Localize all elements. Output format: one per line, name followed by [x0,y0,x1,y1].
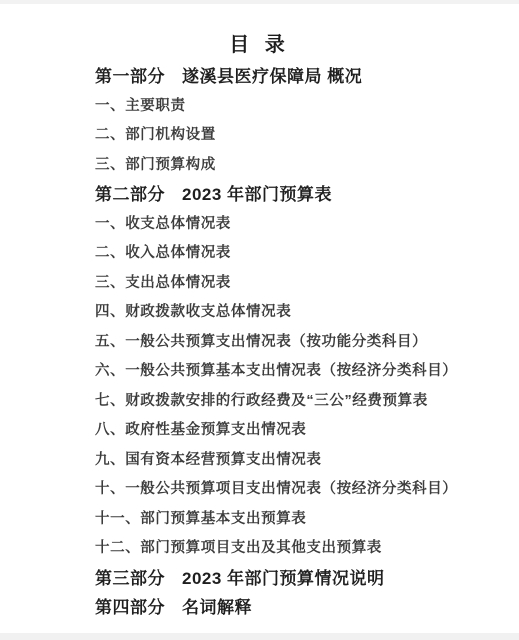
toc-item: 二、部门机构设置 [95,119,509,149]
toc-item: 十二、部门预算项目支出及其他支出预算表 [95,532,509,562]
toc-item: 三、支出总体情况表 [95,267,509,297]
toc-item: 十一、部门预算基本支出预算表 [95,503,509,533]
toc-page: 目 录 第一部分遂溪县医疗保障局 概况一、主要职责二、部门机构设置三、部门预算构… [0,4,519,633]
entry-text: 遂溪县医疗保障局 概况 [182,62,362,87]
toc-item: 九、国有资本经营预算支出情况表 [95,444,509,474]
entry-text: 十、一般公共预算项目支出情况表（按经济分类科目） [95,477,457,498]
entry-text: 五、一般公共预算支出情况表（按功能分类科目） [95,330,427,351]
entry-text: 二、收入总体情况表 [95,241,231,262]
entry-text: 三、部门预算构成 [95,153,216,174]
toc-item: 三、部门预算构成 [95,149,509,179]
entry-text: 七、财政拨款安排的行政经费及“三公”经费预算表 [95,389,428,410]
entry-text: 九、国有资本经营预算支出情况表 [95,448,322,469]
entry-text: 2023 年部门预算表 [182,180,332,205]
entry-text: 一、收支总体情况表 [95,212,231,233]
entry-text: 十一、部门预算基本支出预算表 [95,507,306,528]
toc-section-heading: 第三部分2023 年部门预算情况说明 [95,562,509,592]
entry-text: 四、财政拨款收支总体情况表 [95,300,291,321]
section-label: 第四部分 [95,593,165,618]
entry-text: 2023 年部门预算情况说明 [182,564,385,589]
entry-text: 十二、部门预算项目支出及其他支出预算表 [95,536,382,557]
toc-item: 五、一般公共预算支出情况表（按功能分类科目） [95,326,509,356]
entry-text: 二、部门机构设置 [95,123,216,144]
toc-item: 八、政府性基金预算支出情况表 [95,414,509,444]
toc-item: 二、收入总体情况表 [95,237,509,267]
toc-item: 十、一般公共预算项目支出情况表（按经济分类科目） [95,473,509,503]
section-label: 第一部分 [95,62,165,87]
entry-text: 六、一般公共预算基本支出情况表（按经济分类科目） [95,359,457,380]
toc-item: 一、收支总体情况表 [95,208,509,238]
entry-text: 三、支出总体情况表 [95,271,231,292]
toc-section-heading: 第二部分2023 年部门预算表 [95,178,509,208]
toc-item: 六、一般公共预算基本支出情况表（按经济分类科目） [95,355,509,385]
toc-entries: 第一部分遂溪县医疗保障局 概况一、主要职责二、部门机构设置三、部门预算构成第二部… [95,60,509,621]
toc-section-heading: 第一部分遂溪县医疗保障局 概况 [95,60,509,90]
toc-section-heading: 第四部分名词解释 [95,591,509,621]
section-label: 第三部分 [95,564,165,589]
section-label: 第二部分 [95,180,165,205]
entry-text: 八、政府性基金预算支出情况表 [95,418,306,439]
toc-item: 七、财政拨款安排的行政经费及“三公”经费预算表 [95,385,509,415]
page-title: 目 录 [0,28,519,57]
entry-text: 一、主要职责 [95,94,186,115]
toc-item: 四、财政拨款收支总体情况表 [95,296,509,326]
toc-item: 一、主要职责 [95,90,509,120]
entry-text: 名词解释 [182,593,252,618]
